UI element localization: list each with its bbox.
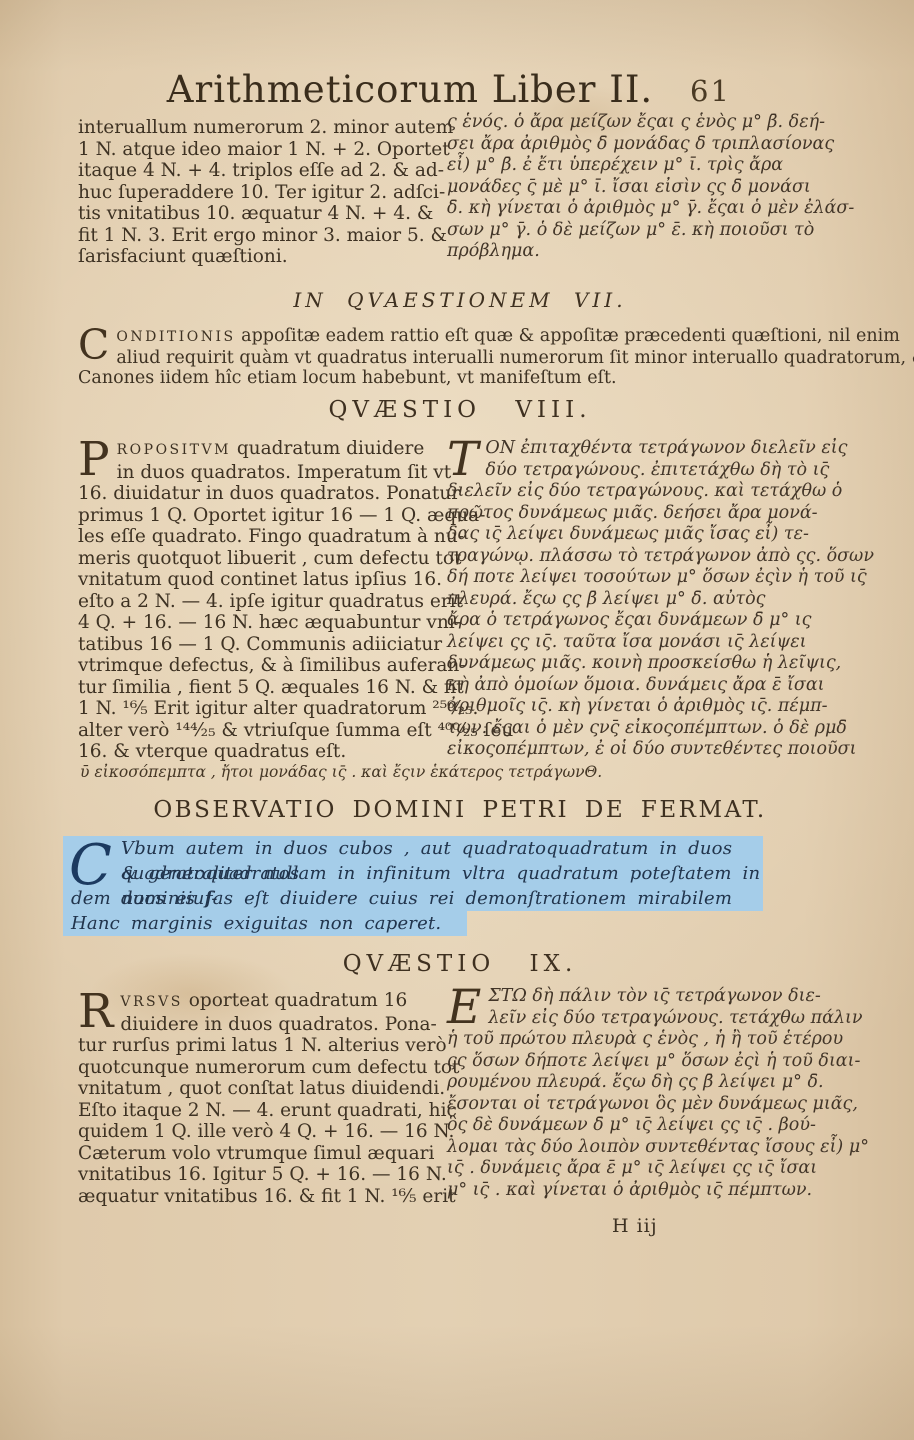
lead-word: ONDITIONIS bbox=[116, 329, 235, 345]
text-line: δυνάμεως μιᾶς. κοινὴ προσκείσθω ἡ λεῖψις… bbox=[447, 653, 862, 675]
text-line: tur rurſus primi latus 1 N. alterius ver… bbox=[78, 1035, 442, 1057]
text-line: 16. diuidatur in duos quadratos. Ponatur bbox=[78, 483, 442, 505]
text-line: ρουμένου πλευρά. ἔςω δὴ ςς β̄ λείψει μ° … bbox=[447, 1072, 862, 1094]
text-line: in duos quadratos. Imperatum ſit vt bbox=[78, 462, 442, 484]
text-line: μ° ις̄ . καὶ γίνεται ὁ ἀριθμὸς ις̄ πέμπτ… bbox=[447, 1180, 862, 1202]
text-line: τραγώνῳ. πλάσσω τὸ τετράγωνον ἀπὸ ςς. ὅσ… bbox=[447, 546, 862, 568]
text-line: των. ἔςαι ὁ μὲν ςνς̄ εἰκοςοπέμπτων. ὁ δὲ… bbox=[447, 718, 862, 740]
text-line: 1 N. ¹⁶⁄₅ Erit igitur alter quadratorum … bbox=[78, 698, 442, 720]
text-line: δύο τετραγώνους. ἐπιτετάχθω δὴ τὸ ις̄ bbox=[447, 460, 862, 482]
section-heading-observatio-fermat: OBSERVATIO DOMINI PETRI DE FERMAT. bbox=[70, 797, 850, 823]
text-line: ἄρα ὁ τετράγωνος ἔςαι δυνάμεων δ̄ μ° ις bbox=[447, 610, 862, 632]
quaestio9-greek-column: E ΣΤΩ δὴ πάλιν τὸν ις̄ τετράγωνον διε- λ… bbox=[447, 986, 862, 1201]
fermat-line-1: Vbum autem in duos cubos , aut quadratoq… bbox=[63, 836, 763, 861]
fermat-line-2: & generaliter nullam in infinitum vltra … bbox=[63, 861, 763, 886]
text-line: λείψει ςς ις̄. ταῦτα ἴσα μονάσι ις̄ λείψ… bbox=[447, 632, 862, 654]
text-line: λεῖν εἰς δύο τετραγώνους. τετάχθω πάλιν bbox=[447, 1008, 862, 1030]
text-line: ΟΝ ἐπιταχθέντα τετράγωνον διελεῖν εἰς bbox=[447, 438, 862, 460]
section-heading-quaestio-viii: QVÆSTIO VIII. bbox=[70, 397, 850, 423]
page-number: 61 bbox=[690, 74, 731, 108]
drop-cap-r: R bbox=[78, 993, 113, 1030]
text-line: ἔσονται οἱ τετράγωνοι ὃς μὲν δυνάμεως μι… bbox=[447, 1094, 862, 1116]
text-line: εἰκοςοπέμπτων, ἐ οἱ δύο συντεθέντες ποιο… bbox=[447, 739, 862, 761]
text-line: ὃς δὲ δυνάμεων δ̄ μ° ις̄ λείψει ςς ις̄ .… bbox=[447, 1115, 862, 1137]
text-line: les eſſe quadrato. Fingo quadratum à nu- bbox=[78, 526, 442, 548]
drop-cap-t: T bbox=[447, 441, 478, 478]
text-line: fit 1 N. 3. Erit ergo minor 3. maior 5. … bbox=[78, 225, 442, 247]
text-line: δ̄. κὴ γίνεται ὁ ἀριθμὸς μ° γ̄. ἔςαι ὁ μ… bbox=[447, 198, 862, 220]
top-greek-paragraph: ς ἑνός. ὁ ἄρα μείζων ἔςαι ς ἑνὸς μ° β̄. … bbox=[447, 112, 862, 263]
text-line: Canones iidem hîc etiam locum habebunt, … bbox=[78, 368, 860, 389]
text-line: δή ποτε λείψει τοσούτων μ° ὅσων ἐςὶν ἡ τ… bbox=[447, 567, 862, 589]
drop-cap-p: P bbox=[78, 441, 110, 478]
text-line: 1 N. atque ideo maior 1 N. + 2. Oportet bbox=[78, 139, 442, 161]
text-line: quotcunque numerorum cum defectu tot bbox=[78, 1057, 442, 1079]
text-line: 4 Q. + 16. — 16 N. hæc æquabuntur vni- bbox=[78, 612, 442, 634]
text-line: ἡ τοῦ πρώτου πλευρὰ ς ἑνὸς , ἡ ἢ τοῦ ἑτέ… bbox=[447, 1029, 862, 1051]
drop-cap-e: E bbox=[447, 989, 481, 1026]
gathering-signature: H iij bbox=[612, 1215, 658, 1237]
text-line: interuallum numerorum 2. minor autem bbox=[78, 117, 442, 139]
text-line: tis vnitatibus 10. æquatur 4 N. + 4. & bbox=[78, 203, 442, 225]
quaestio8-latin-column: P ROPOSITVM quadratum diuidere in duos q… bbox=[78, 438, 442, 763]
quaestio8-greek-column: T ΟΝ ἐπιταχθέντα τετράγωνον διελεῖν εἰς … bbox=[447, 438, 862, 761]
text-line: vnitatum quod continet latus ipſius 16. bbox=[78, 569, 442, 591]
text-line: meris quotquot libuerit , cum defectu to… bbox=[78, 548, 442, 570]
text-line: quidem 1 Q. ille verò 4 Q. + 16. — 16 N. bbox=[78, 1121, 442, 1143]
conditionis-paragraph: C ONDITIONIS appoſitæ eadem rattio eſt q… bbox=[78, 326, 860, 389]
text-line: Cæterum volo vtrumque ſimul æquari bbox=[78, 1143, 442, 1165]
text-line: πρόβλημα. bbox=[447, 241, 862, 263]
text-line: vnitatum , quot conſtat latus diuidendi. bbox=[78, 1078, 442, 1100]
text-line: ſarisfaciunt quæſtioni. bbox=[78, 246, 442, 268]
text-line: æquatur vnitatibus 16. & fit 1 N. ¹⁶⁄₅ e… bbox=[78, 1186, 442, 1208]
highlighted-text: Hanc marginis exiguitas non caperet. bbox=[63, 911, 467, 936]
text-line: ς ἑνός. ὁ ἄρα μείζων ἔςαι ς ἑνὸς μ° β̄. … bbox=[447, 112, 862, 134]
text-line: diuidere in duos quadratos. Pona- bbox=[78, 1014, 442, 1036]
text-line: δας ις̄ λείψει δυνάμεως μιᾶς ἴσας εἶ) τε… bbox=[447, 524, 862, 546]
page-title: Arithmeticorum Liber II. bbox=[60, 68, 760, 111]
text-line: tur ſimilia , fient 5 Q. æquales 16 N. &… bbox=[78, 677, 442, 699]
top-latin-paragraph: interuallum numerorum 2. minor autem1 N.… bbox=[78, 117, 442, 268]
text-line: ις̄ . δυνάμεις ἄρα ε̄ μ° ις̄ λείψει ςς ι… bbox=[447, 1158, 862, 1180]
text-line: itaque 4 N. + 4. triplos eſſe ad 2. & ad… bbox=[78, 160, 442, 182]
text-line: vnitatibus 16. Igitur 5 Q. + 16. — 16 N. bbox=[78, 1164, 442, 1186]
line-rest: appoſitæ eadem rattio eſt quæ & appoſitæ… bbox=[241, 326, 900, 346]
drop-cap-c: C bbox=[78, 328, 109, 362]
text-line: vtrimque defectus, & à ſimilibus auferan… bbox=[78, 655, 442, 677]
book-page: Arithmeticorum Liber II. 61 interuallum … bbox=[0, 0, 914, 1440]
fermat-line-3: dem nominis fas eſt diuidere cuius rei d… bbox=[63, 886, 763, 911]
fermat-note-highlighted: C Vbum autem in duos cubos , aut quadrat… bbox=[63, 836, 763, 936]
text-line: εἶ) μ° β̄. ἐ ἔτι ὑπερέχειν μ° ῑ. τρὶς ἄρ… bbox=[447, 155, 862, 177]
text-line: 16. & vterque quadratus eſt. bbox=[78, 741, 442, 763]
text-line: ςς ὅσων δήποτε λείψει μ° ὅσων ἐςὶ ἡ τοῦ … bbox=[447, 1051, 862, 1073]
text-line: ΣΤΩ δὴ πάλιν τὸν ις̄ τετράγωνον διε- bbox=[447, 986, 862, 1008]
section-heading-in-quaestionem-vii: IN QVAESTIONEM VII. bbox=[70, 288, 850, 312]
text-line: πρῶτος δυνάμεως μιᾶς. δεήσει ἄρα μονά- bbox=[447, 503, 862, 525]
text-line: πλευρά. ἔςω ςς β̄ λείψει μ° δ̄. αὐτὸς bbox=[447, 589, 862, 611]
text-line: κὴ ἀπὸ ὁμοίων ὅμοια. δυνάμεις ἄρα ε̄ ἴσα… bbox=[447, 675, 862, 697]
highlighted-text: & generaliter nullam in infinitum vltra … bbox=[63, 861, 763, 886]
text-line: eſto a 2 N. — 4. ipſe igitur quadratus e… bbox=[78, 591, 442, 613]
text-line: ROPOSITVM quadratum diuidere bbox=[78, 438, 442, 462]
section-heading-quaestio-ix: QVÆSTIO IX. bbox=[70, 951, 850, 977]
text-line: alter verò ¹⁴⁴⁄₂₅ & vtriuſque ſumma eſt … bbox=[78, 720, 442, 742]
text-line: διελεῖν εἰς δύο τετραγώνους. καὶ τετάχθω… bbox=[447, 481, 862, 503]
text-line: σει ἄρα ἀριθμὸς δ̄ μονάδας δ̄ τριπλασίον… bbox=[447, 134, 862, 156]
line-rest: quadratum diuidere bbox=[237, 438, 424, 459]
fermat-line-4: Hanc marginis exiguitas non caperet. bbox=[63, 911, 763, 936]
text-line: Eſto itaque 2 N. — 4. erunt quadrati, hi… bbox=[78, 1100, 442, 1122]
text-line: aliud requirit quàm vt quadratus interua… bbox=[78, 348, 860, 369]
text-line: ONDITIONIS appoſitæ eadem rattio eſt quæ… bbox=[78, 326, 860, 348]
text-line: huc ſuperaddere 10. Ter igitur 2. adſci- bbox=[78, 182, 442, 204]
text-line: σων μ° γ̄. ὁ δὲ μείζων μ° ε̄. κὴ ποιοῦσι… bbox=[447, 220, 862, 242]
highlighted-text: Vbum autem in duos cubos , aut quadratoq… bbox=[63, 836, 763, 861]
lead-word: ROPOSITVM bbox=[117, 442, 231, 458]
quaestio8-colophon-line: ῡ εἰκοσόπεμπτα , ἤτοι μονάδας ις̄ . καὶ … bbox=[80, 763, 602, 781]
text-line: ἀριθμοῖς ις̄. κὴ γίνεται ὁ ἀριθμὸς ις̄. … bbox=[447, 696, 862, 718]
text-line: primus 1 Q. Oportet igitur 16 — 1 Q. æqu… bbox=[78, 505, 442, 527]
text-line: tatibus 16 — 1 Q. Communis adiiciatur bbox=[78, 634, 442, 656]
drop-cap-c-fermat: C bbox=[69, 842, 112, 890]
text-line: λομαι τὰς δύο λοιπὸν συντεθέντας ἴσους ε… bbox=[447, 1137, 862, 1159]
quaestio9-latin-column: R VRSVS oporteat quadratum 16 diuidere i… bbox=[78, 990, 442, 1207]
text-line: VRSVS oporteat quadratum 16 bbox=[78, 990, 442, 1014]
text-line: μονάδες ς̄ μὲ μ° ῑ. ἴσαι εἰσὶν ςς δ̄ μον… bbox=[447, 177, 862, 199]
lead-word: VRSVS bbox=[120, 994, 182, 1010]
highlighted-text: dem nominis fas eſt diuidere cuius rei d… bbox=[63, 886, 763, 911]
line-rest: oporteat quadratum 16 bbox=[189, 990, 408, 1011]
